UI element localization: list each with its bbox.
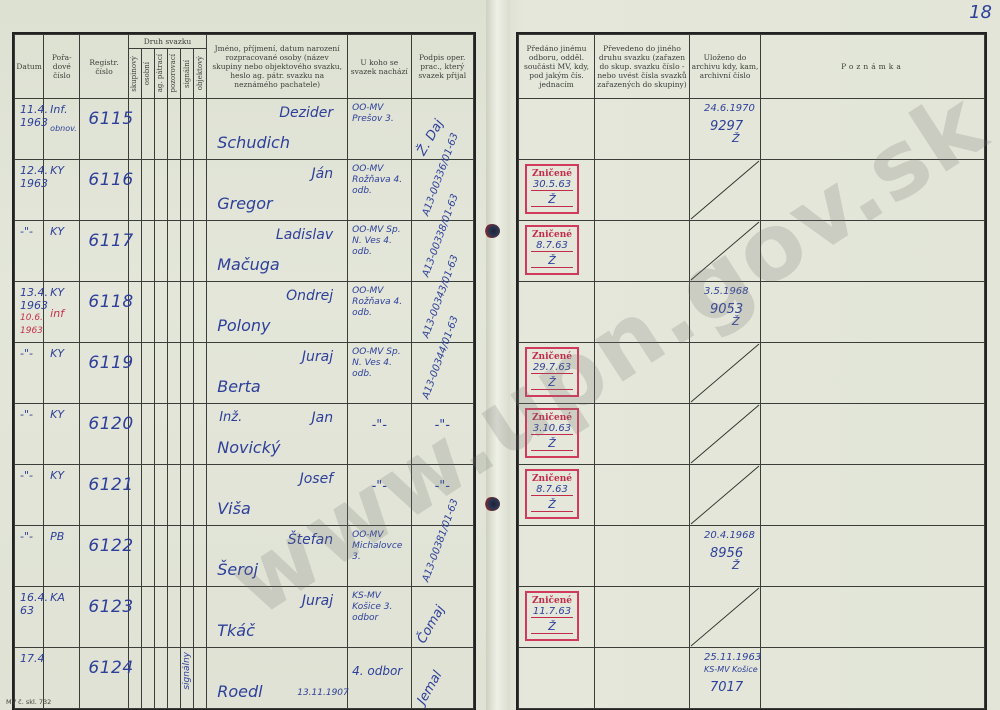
cell-location: OO-MV Michalovce 3. (348, 526, 411, 587)
cell-predano (519, 99, 595, 160)
header-osobni: osobní (141, 49, 154, 99)
table-row: Zničené29.7.63Ž (519, 343, 985, 404)
cell-druh (154, 465, 167, 526)
cell-name: LadislavMačuga (207, 221, 348, 282)
cell-ulozeno (690, 160, 761, 221)
cell-ulozeno (690, 404, 761, 465)
cell-signature: A13-00336/01-63 (411, 160, 474, 221)
cell-signature: Čomaj (411, 587, 474, 648)
cell-location: -"- (348, 404, 411, 465)
cell-druh (194, 282, 207, 343)
cell-predano (519, 282, 595, 343)
binder-ring-top-icon (484, 224, 500, 238)
cell-druh (141, 404, 154, 465)
cell-location: OO-MV Sp. N. Ves 4. odb. (348, 221, 411, 282)
destroyed-stamp: Zničené30.5.63Ž (525, 164, 579, 214)
cell-date: -"- (15, 221, 44, 282)
cell-druh (194, 465, 207, 526)
table-row: 11.4. 1963Inf.obnov.6115DeziderSchudichO… (15, 99, 474, 160)
cell-name: JosefViša (207, 465, 348, 526)
cell-date: -"- (15, 526, 44, 587)
cell-name: Inž.JanNovický (207, 404, 348, 465)
cell-druh (181, 221, 194, 282)
cell-druh (194, 99, 207, 160)
cell-druh (154, 587, 167, 648)
cell-location: -"- (348, 465, 411, 526)
cell-druh (154, 99, 167, 160)
cell-druh (194, 648, 207, 709)
cell-location: 4. odbor (348, 648, 411, 709)
cell-reg: 6119 (80, 343, 128, 404)
cell-name: JurajTkáč (207, 587, 348, 648)
cell-prevedeno (595, 160, 690, 221)
table-row: Zničené8.7.63Ž (519, 221, 985, 282)
destroyed-stamp: Zničené8.7.63Ž (525, 225, 579, 275)
cell-druh (141, 282, 154, 343)
cell-ord: KY (44, 404, 80, 465)
header-ulozeno: Uloženo do archivu kdy, kam, archivní čí… (690, 35, 761, 99)
cell-ulozeno: 24.6.19709297Ž (690, 99, 761, 160)
cell-druh (181, 526, 194, 587)
cell-druh (128, 526, 141, 587)
cell-druh (141, 343, 154, 404)
cell-prevedeno (595, 404, 690, 465)
cell-druh (141, 648, 154, 709)
cell-predano (519, 526, 595, 587)
cell-druh (167, 465, 180, 526)
destroyed-stamp: Zničené11.7.63Ž (525, 591, 579, 641)
cell-reg: 6122 (80, 526, 128, 587)
cell-prevedeno (595, 648, 690, 709)
cell-druh (167, 99, 180, 160)
cell-druh (194, 221, 207, 282)
table-row: 13.4. 196310.6. 1963KYinf6118OndrejPolon… (15, 282, 474, 343)
cell-ulozeno: 25.11.1963KS-MV Košice7017 (690, 648, 761, 709)
cell-druh (167, 160, 180, 221)
cell-signature: -"- (411, 404, 474, 465)
binder-ring-bottom-icon (484, 497, 500, 511)
cell-date: -"- (15, 404, 44, 465)
cell-druh (181, 343, 194, 404)
cell-ord: KA (44, 587, 80, 648)
cell-signature: A13-00381/01-63 (411, 526, 474, 587)
strike-diagonal (690, 404, 760, 464)
cell-druh (167, 343, 180, 404)
strike-diagonal (690, 160, 760, 220)
cell-druh (128, 404, 141, 465)
cell-druh (128, 343, 141, 404)
cell-druh (128, 282, 141, 343)
cell-date: 11.4. 1963 (15, 99, 44, 160)
table-row: 17.46124signálnyRoedl13.11.19074. odborJ… (15, 648, 474, 709)
cell-druh (167, 404, 180, 465)
cell-druh (181, 404, 194, 465)
cell-druh (141, 587, 154, 648)
table-row: -"-KY6117LadislavMačugaOO-MV Sp. N. Ves … (15, 221, 474, 282)
cell-reg: 6116 (80, 160, 128, 221)
table-row: Zničené3.10.63Ž (519, 404, 985, 465)
table-row: 12.4. 1963KY6116JánGregorOO-MV Rožňava 4… (15, 160, 474, 221)
header-druh-svazku: Druh svazku (128, 35, 207, 49)
cell-reg: 6120 (80, 404, 128, 465)
table-row: Zničené30.5.63Ž (519, 160, 985, 221)
header-datum: Datum (15, 35, 44, 99)
cell-prevedeno (595, 526, 690, 587)
cell-druh (128, 221, 141, 282)
table-row: -"-PB6122ŠtefanŠerojOO-MV Michalovce 3.A… (15, 526, 474, 587)
cell-date: 12.4. 1963 (15, 160, 44, 221)
cell-druh (181, 160, 194, 221)
cell-signature: A13-00344/01-63 (411, 343, 474, 404)
cell-location: OO-MV Sp. N. Ves 4. odb. (348, 343, 411, 404)
cell-poznamka (761, 221, 985, 282)
cell-prevedeno (595, 587, 690, 648)
table-row: Zničené11.7.63Ž (519, 587, 985, 648)
cell-ord: KY (44, 343, 80, 404)
cell-signature: -"- (411, 465, 474, 526)
cell-druh (194, 343, 207, 404)
cell-ulozeno (690, 343, 761, 404)
cell-druh (154, 343, 167, 404)
table-row: 24.6.19709297Ž (519, 99, 985, 160)
table-row: -"-KY6121JosefViša-"--"- (15, 465, 474, 526)
cell-reg: 6121 (80, 465, 128, 526)
header-ag-patraci: ag. pátrací (154, 49, 167, 99)
strike-diagonal (690, 343, 760, 403)
cell-druh (141, 160, 154, 221)
cell-reg: 6115 (80, 99, 128, 160)
header-skupinovy: skupinový (128, 49, 141, 99)
cell-druh (141, 526, 154, 587)
cell-druh (141, 221, 154, 282)
destroyed-stamp: Zničené3.10.63Ž (525, 408, 579, 458)
form-code: MV č. skl. 732 (6, 698, 51, 706)
cell-ord: Inf.obnov. (44, 99, 80, 160)
table-row: 25.11.1963KS-MV Košice7017 (519, 648, 985, 709)
table-row: 3.5.19689053Ž (519, 282, 985, 343)
cell-druh (128, 160, 141, 221)
cell-poznamka (761, 648, 985, 709)
cell-date: 13.4. 196310.6. 1963 (15, 282, 44, 343)
register-table-right: Předáno jinému odboru, odděl. součásti M… (518, 34, 985, 709)
table-row: 20.4.19688956Ž (519, 526, 985, 587)
cell-druh (154, 526, 167, 587)
cell-reg: 6124 (80, 648, 128, 709)
cell-date: -"- (15, 465, 44, 526)
cell-druh (181, 282, 194, 343)
destroyed-stamp: Zničené8.7.63Ž (525, 469, 579, 519)
header-predano: Předáno jinému odboru, odděl. součásti M… (519, 35, 595, 99)
cell-name: Roedl13.11.1907 (207, 648, 348, 709)
binding-gutter (486, 0, 510, 710)
header-poznamka: Poznámka (761, 35, 985, 99)
strike-diagonal (690, 465, 760, 525)
cell-druh (141, 465, 154, 526)
cell-druh (128, 648, 141, 709)
cell-prevedeno (595, 99, 690, 160)
cell-druh (167, 221, 180, 282)
cell-predano: Zničené30.5.63Ž (519, 160, 595, 221)
header-prevedeno: Převedeno do jiného druhu svazku (zařaze… (595, 35, 690, 99)
cell-ord: KY (44, 221, 80, 282)
cell-location: OO-MV Rožňava 4. odb. (348, 282, 411, 343)
cell-ulozeno (690, 221, 761, 282)
cell-predano: Zničené11.7.63Ž (519, 587, 595, 648)
cell-reg: 6118 (80, 282, 128, 343)
cell-ord: KY (44, 160, 80, 221)
cell-druh (167, 648, 180, 709)
cell-ulozeno: 3.5.19689053Ž (690, 282, 761, 343)
cell-location: KS-MV Košice 3. odbor (348, 587, 411, 648)
cell-druh (194, 404, 207, 465)
cell-signature: A13-00338/01-63 (411, 221, 474, 282)
cell-location: OO-MV Rožňava 4. odb. (348, 160, 411, 221)
cell-predano (519, 648, 595, 709)
table-row: 16.4. 63KA6123JurajTkáčKS-MV Košice 3. o… (15, 587, 474, 648)
cell-poznamka (761, 465, 985, 526)
cell-druh (167, 526, 180, 587)
cell-prevedeno (595, 343, 690, 404)
cell-predano: Zničené8.7.63Ž (519, 221, 595, 282)
cell-poznamka (761, 99, 985, 160)
header-u-koho: U koho se svazek nachází (348, 35, 411, 99)
cell-ulozeno (690, 465, 761, 526)
cell-reg: 6123 (80, 587, 128, 648)
cell-ord: KY (44, 465, 80, 526)
cell-druh (154, 648, 167, 709)
cell-name: DeziderSchudich (207, 99, 348, 160)
header-poradove-cislo: Pořa-dové číslo (44, 35, 80, 99)
cell-poznamka (761, 526, 985, 587)
cell-predano: Zničené8.7.63Ž (519, 465, 595, 526)
strike-diagonal (690, 221, 760, 281)
register-table-left: Datum Pořa-dové číslo Registr. číslo Dru… (14, 34, 474, 709)
cell-druh (154, 404, 167, 465)
cell-poznamka (761, 404, 985, 465)
cell-name: OndrejPolony (207, 282, 348, 343)
header-registr-cislo: Registr. číslo (80, 35, 128, 99)
cell-druh (154, 282, 167, 343)
cell-name: JánGregor (207, 160, 348, 221)
cell-druh (181, 587, 194, 648)
cell-druh (194, 587, 207, 648)
cell-prevedeno (595, 465, 690, 526)
table-row: Zničené8.7.63Ž (519, 465, 985, 526)
cell-signature: Ž. Daj (411, 99, 474, 160)
cell-poznamka (761, 282, 985, 343)
cell-reg: 6117 (80, 221, 128, 282)
cell-name: ŠtefanŠeroj (207, 526, 348, 587)
cell-druh (167, 282, 180, 343)
cell-predano: Zničené29.7.63Ž (519, 343, 595, 404)
page-number: 18 (969, 2, 992, 23)
cell-poznamka (761, 160, 985, 221)
cell-druh (194, 160, 207, 221)
cell-prevedeno (595, 282, 690, 343)
header-signalni: signální (181, 49, 194, 99)
cell-druh (128, 465, 141, 526)
cell-druh (154, 160, 167, 221)
cell-name: JurajBerta (207, 343, 348, 404)
cell-druh (141, 99, 154, 160)
cell-ord: KYinf (44, 282, 80, 343)
destroyed-stamp: Zničené29.7.63Ž (525, 347, 579, 397)
header-podpis: Podpis oper. prac., který svazek přijal (411, 35, 474, 99)
cell-druh (181, 465, 194, 526)
cell-druh (167, 587, 180, 648)
cell-predano: Zničené3.10.63Ž (519, 404, 595, 465)
header-jmeno: Jméno, příjmení, datum narození rozpraco… (207, 35, 348, 99)
table-row: -"-KY6119JurajBertaOO-MV Sp. N. Ves 4. o… (15, 343, 474, 404)
strike-diagonal (690, 587, 760, 647)
cell-date: 16.4. 63 (15, 587, 44, 648)
cell-signature: A13-00343/01-63 (411, 282, 474, 343)
cell-druh (154, 221, 167, 282)
cell-druh (128, 587, 141, 648)
cell-druh (128, 99, 141, 160)
cell-date: -"- (15, 343, 44, 404)
header-pozorovaci: pozorovací (167, 49, 180, 99)
cell-druh (181, 99, 194, 160)
cell-poznamka (761, 343, 985, 404)
cell-druh (194, 526, 207, 587)
cell-signature: Jemal (411, 648, 474, 709)
cell-ord: PB (44, 526, 80, 587)
table-row: -"-KY6120Inž.JanNovický-"--"- (15, 404, 474, 465)
cell-ulozeno: 20.4.19688956Ž (690, 526, 761, 587)
cell-ulozeno (690, 587, 761, 648)
cell-prevedeno (595, 221, 690, 282)
cell-location: OO-MV Prešov 3. (348, 99, 411, 160)
cell-poznamka (761, 587, 985, 648)
header-objektovy: objektový (194, 49, 207, 99)
cell-signal: signálny (181, 648, 194, 709)
